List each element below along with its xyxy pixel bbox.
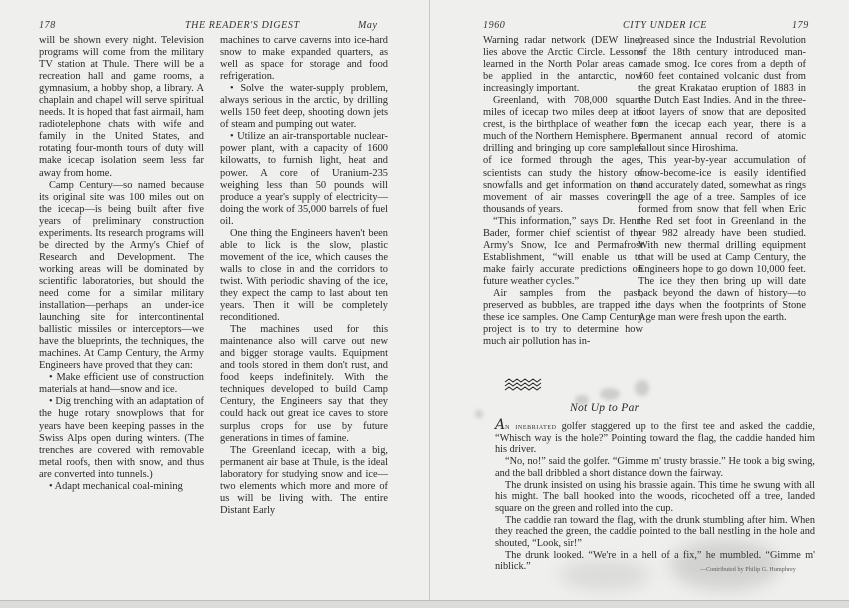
bullet-paragraph: • Adapt mechanical coal-mining — [39, 481, 204, 493]
page-bottom-edge — [0, 600, 849, 608]
paragraph: Air samples from the past, preserved as … — [483, 288, 643, 348]
filler-title: Not Up to Par — [570, 402, 639, 414]
filler-anecdote: An inebriated golfer staggered up to the… — [495, 420, 815, 573]
paragraph: The caddie ran toward the flag, with the… — [495, 515, 815, 550]
paragraph: Camp Century—so named because its origin… — [39, 180, 204, 373]
paragraph: One thing the Engineers haven't been abl… — [220, 228, 388, 324]
drop-cap: A — [495, 417, 505, 433]
right-page: 1960 CITY UNDER ICE 179 Warning radar ne… — [430, 0, 849, 600]
bullet-paragraph: • Solve the water-supply problem, always… — [220, 83, 388, 131]
paragraph: Greenland, with 708,000 square miles of … — [483, 95, 643, 215]
magazine-spread: 178 THE READER'S DIGEST May will be show… — [0, 0, 849, 608]
right-column-1: Warning radar network (DEW line) lies ab… — [483, 35, 643, 348]
left-page: 178 THE READER'S DIGEST May will be show… — [0, 0, 430, 600]
paragraph: This year-by-year accumulation of snow-b… — [638, 155, 806, 324]
left-running-month: May — [358, 20, 378, 31]
right-page-number: 179 — [792, 20, 809, 31]
right-column-2: creased since the Industrial Revolution … — [638, 35, 806, 324]
ink-smudge — [635, 380, 649, 396]
left-column-2: machines to carve caverns into ice-hard … — [220, 35, 388, 517]
paragraph: Warning radar network (DEW line) lies ab… — [483, 35, 643, 95]
paragraph: machines to carve caverns into ice-hard … — [220, 35, 388, 83]
left-page-number: 178 — [39, 20, 56, 31]
lead-in-smallcaps: n inebriated — [505, 421, 557, 431]
bullet-paragraph: • Dig trenching with an adaptation of th… — [39, 396, 204, 480]
left-running-head: THE READER'S DIGEST — [185, 20, 300, 31]
ink-smudge — [600, 388, 620, 400]
wavy-lines-ornament-icon — [504, 378, 544, 392]
ink-smudge — [475, 410, 483, 418]
paragraph: The Greenland icecap, with a big, perman… — [220, 445, 388, 517]
paragraph: will be shown every night. Television pr… — [39, 35, 204, 180]
bullet-paragraph: • Make efficient use of construction mat… — [39, 372, 204, 396]
left-column-1: will be shown every night. Television pr… — [39, 35, 204, 493]
right-running-year: 1960 — [483, 20, 505, 31]
paragraph: “No, no!” said the golfer. “Gimme m' tru… — [495, 456, 815, 479]
paragraph: The drunk insisted on using his brassie … — [495, 480, 815, 515]
bullet-paragraph: • Utilize an air-transportable nuclear-p… — [220, 131, 388, 227]
right-running-head: CITY UNDER ICE — [623, 20, 707, 31]
paragraph: The machines used for this maintenance a… — [220, 324, 388, 444]
contributor-credit: —Contributed by Philip G. Humphrey — [700, 567, 796, 573]
paragraph: “This information,” says Dr. Henri Bader… — [483, 216, 643, 288]
filler-first-paragraph: An inebriated golfer staggered up to the… — [495, 420, 815, 456]
paragraph: creased since the Industrial Revolution … — [638, 35, 806, 155]
